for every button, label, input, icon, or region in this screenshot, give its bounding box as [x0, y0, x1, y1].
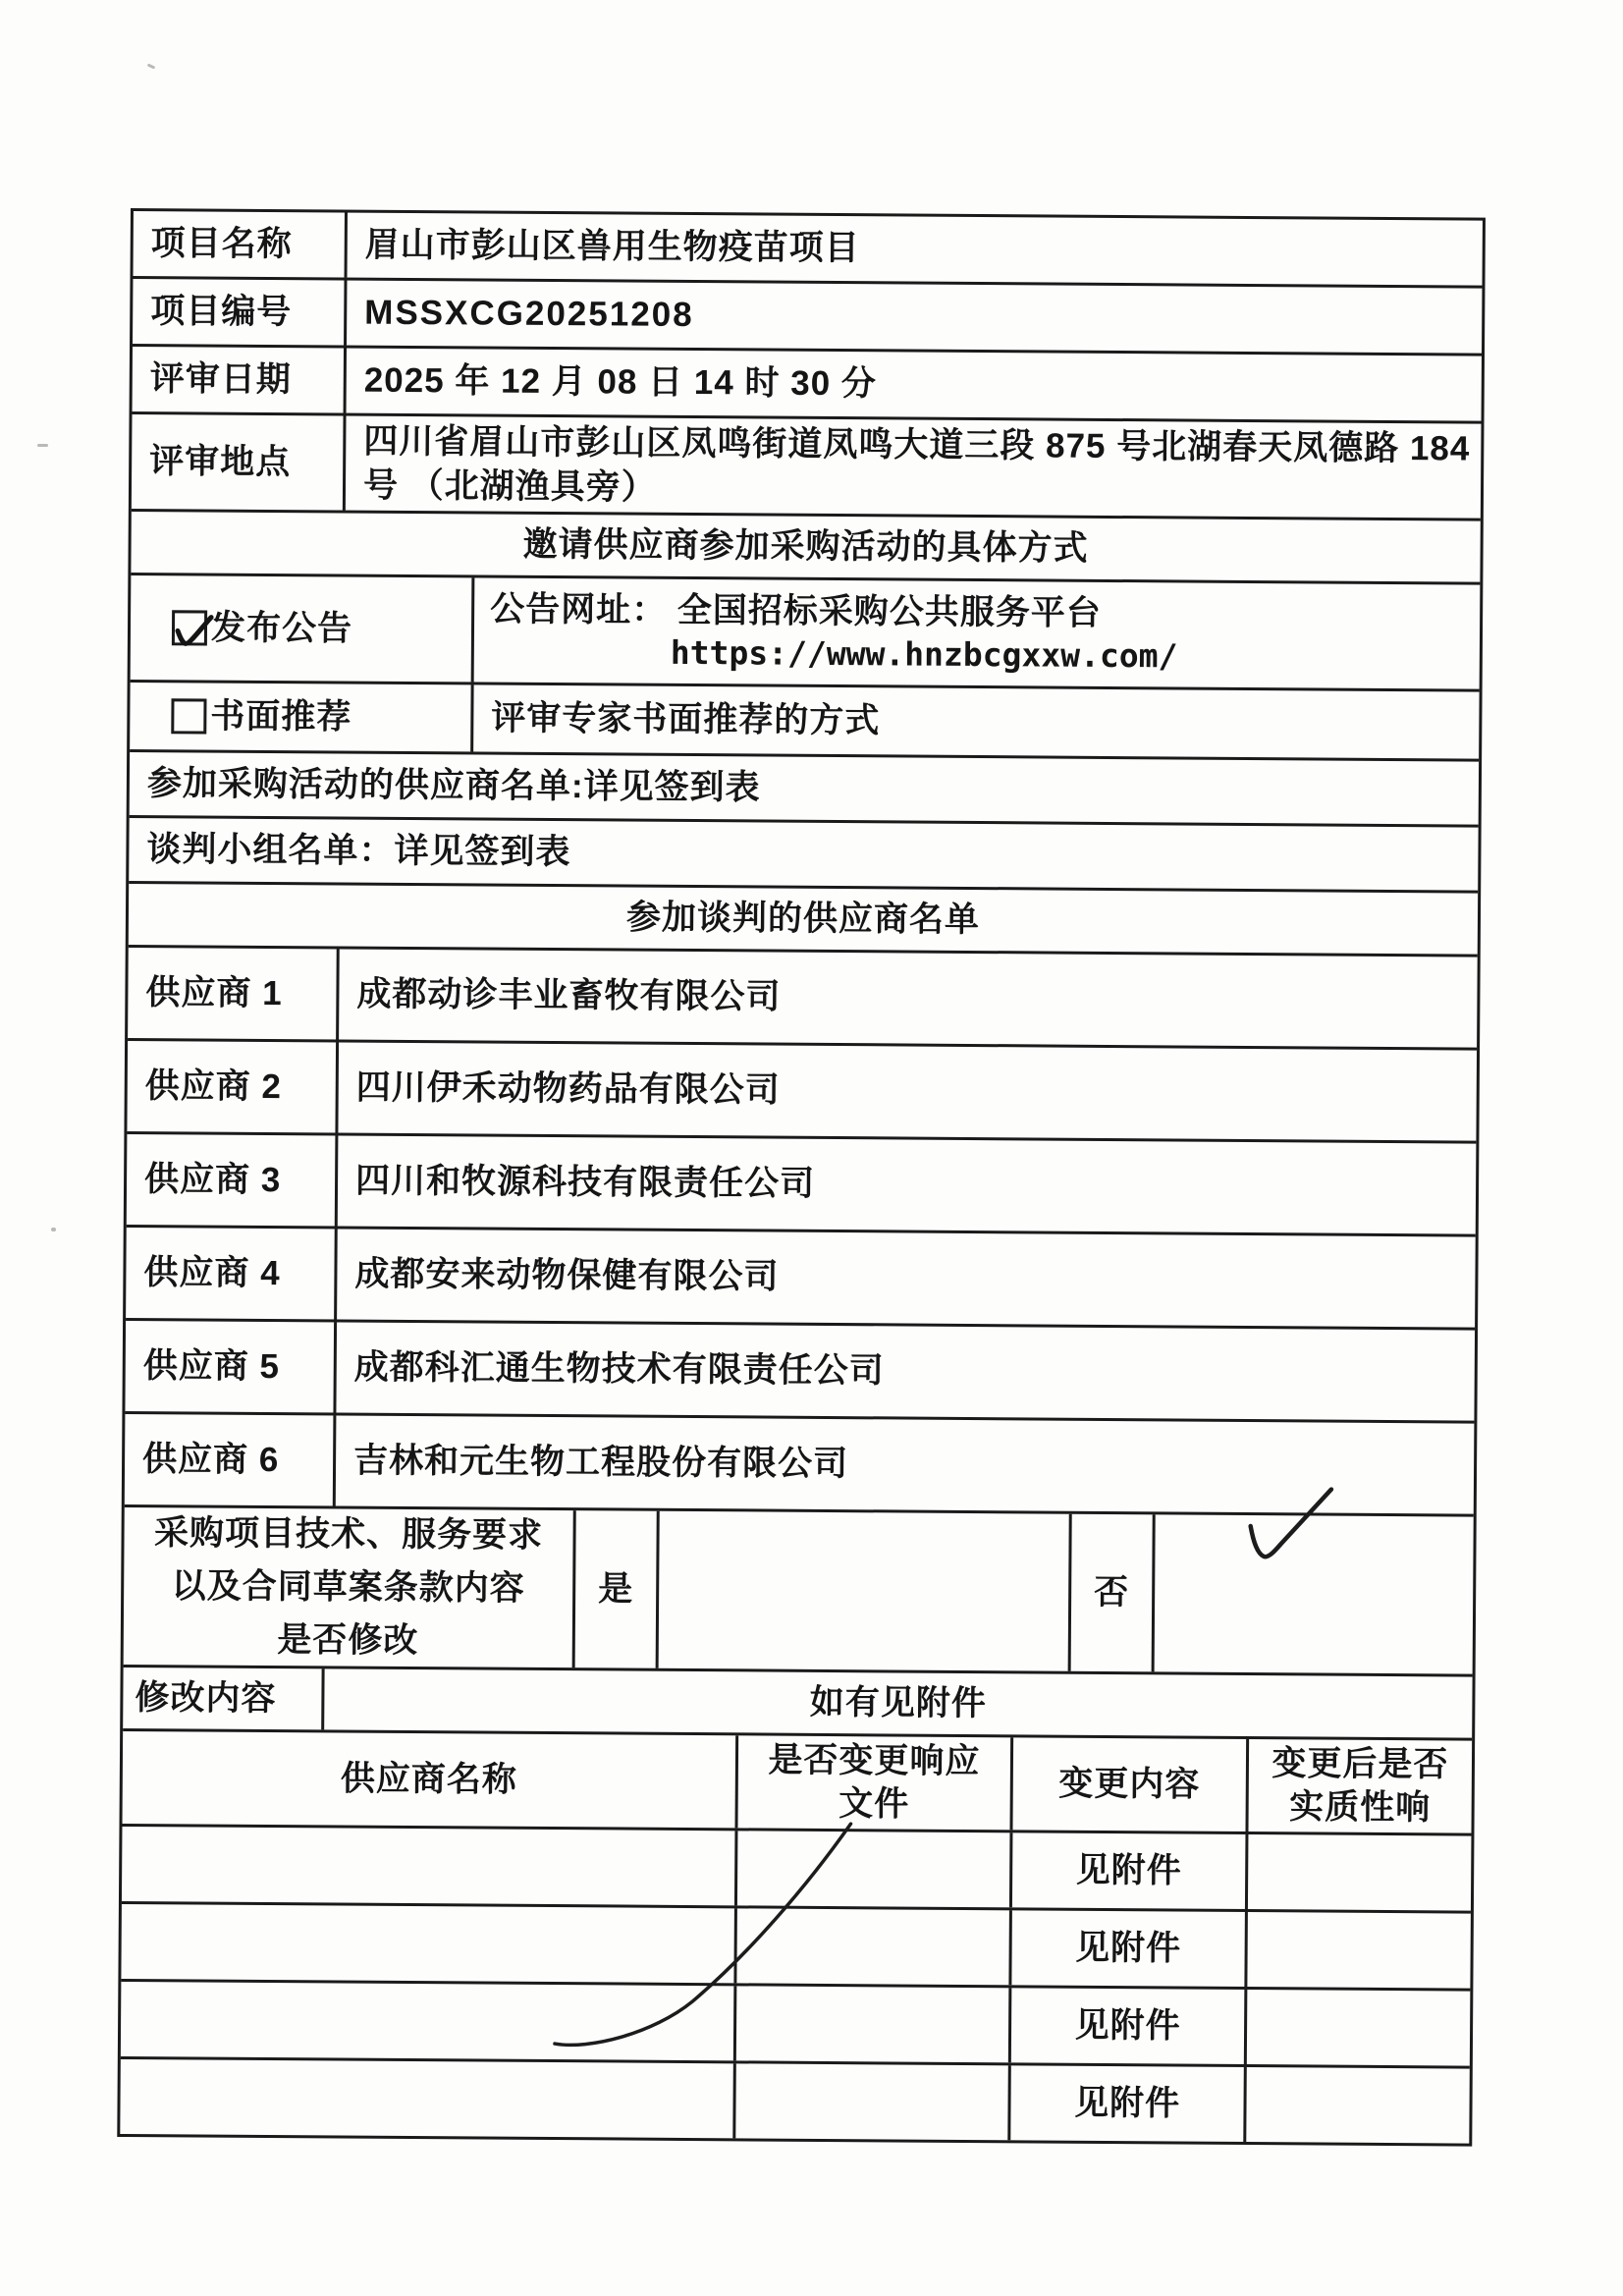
no-answer-cell — [1152, 1514, 1474, 1673]
supplier-label: 供应商 5 — [125, 1321, 334, 1412]
change-table-row: 见附件 — [120, 2056, 1470, 2144]
supplier-row: 供应商 5 成都科汇通生物技术有限责任公司 — [125, 1318, 1475, 1421]
checked-checkbox-icon — [172, 610, 207, 645]
change-table-row: 见附件 — [122, 1824, 1472, 1911]
table-row: 评审地点 四川省眉山市彭山区凤鸣街道凤鸣大道三段 875 号北湖春天凤德路 18… — [132, 411, 1482, 519]
cell-response — [733, 1986, 1009, 2062]
cell-substantive — [1245, 1834, 1472, 1911]
supplier-name: 吉林和元生物工程股份有限公司 — [333, 1415, 1475, 1513]
table-row: 谈判小组名单：详见签到表 — [129, 815, 1478, 891]
announce-detail: 公告网址： 全国招标采购公共服务平台 https://www.hnzbcgxxw… — [471, 577, 1481, 688]
evaluation-form-table: 项目名称 眉山市彭山区兽用生物疫苗项目 项目编号 MSSXCG20251208 … — [117, 208, 1486, 2147]
review-location-value: 四川省眉山市彭山区凤鸣街道凤鸣大道三段 875 号北湖春天凤德路 184 号 （… — [343, 416, 1482, 519]
col-header-line: 是否变更响应 — [768, 1739, 980, 1783]
cell-content: 见附件 — [1009, 1832, 1246, 1909]
table-row: 书面推荐 评审专家书面推荐的方式 — [130, 680, 1479, 759]
announce-option-label: 发布公告 — [211, 606, 352, 652]
review-date-value: 2025 年 12 月 08 日 14 时 30 分 — [344, 349, 1482, 421]
recommend-option: 书面推荐 — [130, 683, 470, 751]
change-table-header-row: 供应商名称 是否变更响应 文件 变更内容 变更后是否 实质性响 — [123, 1728, 1473, 1833]
cell-response — [734, 1831, 1010, 1907]
cell-substantive — [1243, 2067, 1470, 2144]
modify-question-line: 以及合同草案条款内容 — [171, 1559, 524, 1615]
supplier-name: 成都科汇通生物技术有限责任公司 — [333, 1322, 1475, 1420]
negotiation-panel-line: 谈判小组名单：详见签到表 — [129, 818, 1478, 891]
cell-supplier — [122, 1827, 735, 1905]
scan-artifact — [51, 1228, 56, 1231]
recommend-option-label: 书面推荐 — [210, 694, 352, 740]
cell-response — [732, 2063, 1008, 2140]
supplier-row: 供应商 6 吉林和元生物工程股份有限公司 — [125, 1411, 1475, 1514]
scanned-form: 项目名称 眉山市彭山区兽用生物疫苗项目 项目编号 MSSXCG20251208 … — [117, 208, 1486, 2147]
supplier-label: 供应商 1 — [128, 948, 337, 1039]
scan-artifact — [37, 444, 48, 447]
cell-content: 见附件 — [1008, 1988, 1245, 2064]
supplier-row: 供应商 1 成都动诊丰业畜牧有限公司 — [128, 945, 1478, 1048]
col-header-line: 实质性响 — [1289, 1785, 1431, 1830]
cell-substantive — [1244, 1912, 1471, 1989]
cell-supplier — [121, 1904, 734, 1983]
col-header-substantive: 变更后是否 实质性响 — [1245, 1739, 1472, 1833]
supplier-label: 供应商 2 — [127, 1041, 336, 1132]
modify-content-label: 修改内容 — [123, 1667, 321, 1729]
supplier-label: 供应商 6 — [125, 1414, 334, 1505]
recommend-detail: 评审专家书面推荐的方式 — [470, 684, 1479, 758]
cell-content: 见附件 — [1007, 2065, 1244, 2142]
change-table-row: 见附件 — [121, 1901, 1471, 1989]
yes-label: 是 — [572, 1510, 657, 1668]
table-row: 发布公告 公告网址： 全国招标采购公共服务平台 https://www.hnzb… — [131, 573, 1481, 689]
col-header-change-content: 变更内容 — [1009, 1737, 1246, 1831]
change-table-row: 见附件 — [121, 1979, 1471, 2066]
project-number-label: 项目编号 — [133, 279, 344, 345]
scan-artifact — [147, 63, 156, 69]
table-row: 评审日期 2025 年 12 月 08 日 14 时 30 分 — [133, 344, 1482, 421]
table-row: 项目名称 眉山市彭山区兽用生物疫苗项目 — [134, 211, 1483, 286]
modify-question-line: 是否修改 — [277, 1613, 418, 1667]
supplier-name: 四川伊禾动物药品有限公司 — [335, 1042, 1477, 1140]
supplier-name: 成都动诊丰业畜牧有限公司 — [336, 949, 1478, 1047]
yes-answer-cell — [656, 1511, 1069, 1671]
unchecked-checkbox-icon — [171, 698, 206, 734]
modify-question-line: 采购项目技术、服务要求 — [154, 1507, 543, 1562]
invite-method-header: 邀请供应商参加采购活动的具体方式 — [131, 512, 1480, 582]
project-number-value: MSSXCG20251208 — [344, 281, 1482, 354]
table-row: 项目编号 MSSXCG20251208 — [133, 276, 1482, 354]
supplier-name: 成都安来动物保健有限公司 — [334, 1229, 1476, 1327]
cell-supplier — [121, 1982, 734, 2060]
supplier-label: 供应商 3 — [127, 1134, 336, 1226]
cell-supplier — [120, 2059, 733, 2138]
col-header-line: 文件 — [839, 1782, 909, 1826]
supplier-row: 供应商 2 四川伊禾动物药品有限公司 — [127, 1038, 1477, 1141]
col-header-response-change: 是否变更响应 文件 — [735, 1735, 1011, 1830]
supplier-row: 供应商 3 四川和牧源科技有限责任公司 — [127, 1131, 1477, 1234]
col-header-supplier-name: 供应商名称 — [123, 1731, 736, 1828]
col-header-line: 变更后是否 — [1271, 1742, 1448, 1786]
table-row: 参加谈判的供应商名单 — [129, 881, 1478, 955]
announce-option: 发布公告 — [131, 575, 472, 682]
review-location-label: 评审地点 — [132, 414, 344, 510]
modify-question-row: 采购项目技术、服务要求 以及合同草案条款内容 是否修改 是 否 — [124, 1504, 1474, 1674]
announce-url: https://www.hnzbcgxxw.com/ — [474, 631, 1178, 679]
modify-question: 采购项目技术、服务要求 以及合同草案条款内容 是否修改 — [124, 1507, 573, 1667]
table-row: 邀请供应商参加采购活动的具体方式 — [131, 509, 1480, 582]
negotiation-suppliers-header: 参加谈判的供应商名单 — [129, 884, 1478, 955]
modify-content-row: 修改内容 如有见附件 — [123, 1665, 1472, 1738]
cell-substantive — [1244, 1990, 1471, 2066]
no-label: 否 — [1068, 1514, 1153, 1672]
review-date-label: 评审日期 — [133, 347, 344, 412]
modify-content-value: 如有见附件 — [321, 1668, 1472, 1737]
cell-content: 见附件 — [1008, 1910, 1245, 1987]
supplier-label: 供应商 4 — [126, 1228, 335, 1319]
supplier-name: 四川和牧源科技有限责任公司 — [335, 1135, 1477, 1233]
cell-response — [733, 1908, 1009, 1985]
project-name-label: 项目名称 — [134, 211, 345, 277]
announce-site-line: 公告网址： 全国招标采购公共服务平台 — [474, 586, 1102, 635]
project-name-value: 眉山市彭山区兽用生物疫苗项目 — [345, 213, 1483, 286]
attend-suppliers-line: 参加采购活动的供应商名单:详见签到表 — [130, 752, 1479, 825]
table-row: 参加采购活动的供应商名单:详见签到表 — [130, 749, 1479, 825]
supplier-row: 供应商 4 成都安来动物保健有限公司 — [126, 1225, 1476, 1328]
